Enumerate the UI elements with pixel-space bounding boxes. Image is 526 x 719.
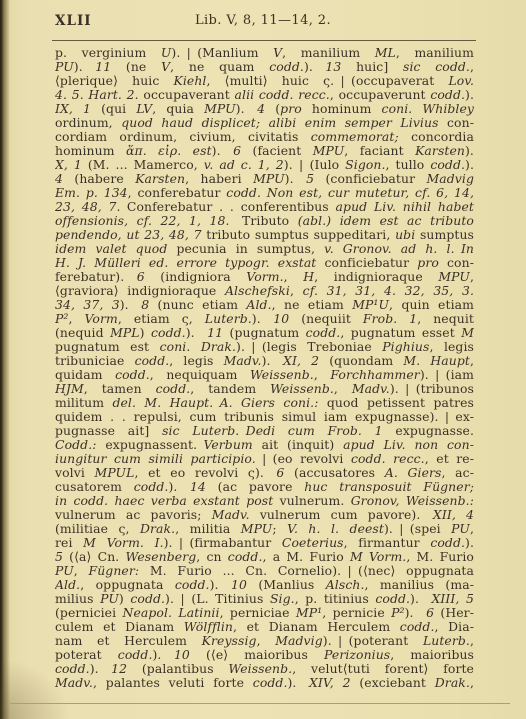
text-segment: huic]: [341, 60, 403, 74]
text-segment: ,: [284, 270, 304, 284]
italic-text-segment: Wesenberg: [126, 550, 197, 564]
text-line: volvi MPUL, et eo revolvi ς). 6 (accusat…: [55, 466, 474, 480]
text-segment: , faciant: [344, 144, 415, 158]
italic-text-segment: 10: [273, 312, 289, 326]
italic-text-segment: MPU: [204, 102, 236, 116]
italic-text-segment: Weissenb.: [250, 368, 314, 382]
text-segment: conficiebatur: [316, 256, 417, 270]
italic-text-segment: codd.: [253, 676, 288, 690]
italic-text-segment: 6: [426, 606, 434, 620]
text-segment: (quondam: [319, 354, 403, 368]
text-segment: con-: [439, 116, 474, 130]
italic-text-segment: MPUL: [95, 466, 135, 480]
text-segment: ).: [465, 536, 474, 550]
text-segment: ).: [186, 326, 207, 340]
text-segment: (exciebant: [351, 676, 435, 690]
text-segment: ).: [465, 144, 474, 158]
text-line: P², Vorm, etiam ς, Luterb.). 10 (nequiit…: [55, 312, 474, 326]
text-segment: ,: [470, 634, 474, 648]
italic-text-segment: Luterb.: [205, 312, 252, 326]
text-segment: expugnasse.: [383, 424, 474, 438]
text-segment: ⟨plerique⟩ huic: [55, 74, 174, 88]
text-line: ferebatur). 6 (indigniora Vorm., H, indi…: [55, 270, 474, 284]
text-line: poterat codd.). 10 (⟨e⟩ maioribus Perizo…: [55, 648, 474, 662]
italic-text-segment: offensionis, cf. 22, 1, 18.: [55, 214, 230, 228]
text-segment: (indigniora: [145, 270, 247, 284]
italic-text-segment: P²: [55, 312, 69, 326]
text-line: idem valet quod pecunia in sumptus, v. G…: [55, 242, 474, 256]
text-segment: ,: [470, 354, 474, 368]
text-segment: , maioribus: [390, 648, 474, 662]
text-segment: ;: [272, 522, 287, 536]
italic-text-segment: 11: [207, 326, 223, 340]
text-line: p. verginium U). | (Manlium V, manilium …: [55, 46, 474, 60]
italic-text-segment: codd.: [269, 60, 304, 74]
italic-text-segment: M: [461, 326, 474, 340]
italic-text-segment: Madv.: [212, 508, 250, 522]
text-line: pugnasse ait] sic Luterb. Dedi cum Frob.…: [55, 424, 474, 438]
italic-text-segment: Vorm: [85, 312, 118, 326]
italic-text-segment: XIV, 2: [309, 676, 351, 690]
text-line: ordinum, quod haud displicet; alibi enim…: [55, 116, 474, 130]
italic-text-segment: Kreyssig: [202, 634, 257, 648]
italic-text-segment: 4: [55, 172, 63, 186]
italic-text-segment: Madv.: [224, 354, 262, 368]
italic-text-segment: 34, 37, 3: [55, 298, 120, 312]
italic-text-segment: codd.: [156, 382, 191, 396]
text-line: quidem . . repulsi, cum tribunis simul i…: [55, 410, 474, 424]
text-segment: ).: [285, 172, 306, 186]
italic-text-segment: Em. p. 134: [55, 186, 128, 200]
text-segment: , ne etiam: [272, 298, 353, 312]
italic-text-segment: 10: [231, 578, 247, 592]
text-segment: , et re-: [425, 452, 474, 466]
text-segment: (: [265, 102, 280, 116]
italic-text-segment: Weissenb.: [270, 382, 334, 396]
italic-text-segment: codd.: [400, 620, 435, 634]
text-line: (militiae ς, Drak., militia MPU; V. h. l…: [55, 522, 474, 536]
text-line: offensionis, cf. 22, 1, 18. Tributo (abl…: [55, 214, 474, 228]
italic-text-segment: codd.: [115, 368, 150, 382]
italic-text-segment: M Vorm.: [350, 550, 406, 564]
text-segment: pugnasse ait]: [55, 424, 162, 438]
text-segment: (M. ... Mamerco,: [82, 158, 204, 172]
italic-text-segment: Vorm.: [246, 270, 283, 284]
text-segment: ,: [314, 368, 331, 382]
italic-text-segment: pro: [417, 256, 439, 270]
italic-text-segment: codd.: [375, 592, 410, 606]
text-line: (perniciei Neapol. Latinii, perniciae MP…: [55, 606, 474, 620]
text-segment: , palantes veluti forte: [93, 676, 253, 690]
italic-text-segment: IX, 1: [55, 102, 91, 116]
italic-text-segment: sic codd.: [403, 60, 470, 74]
text-segment: (perniciei: [55, 606, 123, 620]
italic-text-segment: Sigon.: [345, 158, 385, 172]
text-segment: ). | (iam: [420, 368, 474, 382]
text-segment: ferebatur).: [55, 270, 137, 284]
italic-text-segment: MP¹U: [352, 298, 389, 312]
text-segment: ). | (spei: [384, 522, 451, 536]
text-segment: rei: [55, 536, 83, 550]
header-rule: [52, 40, 476, 41]
text-segment: , tandem: [190, 382, 270, 396]
italic-text-segment: MPU: [438, 270, 470, 284]
text-segment: , firmantur: [344, 536, 431, 550]
italic-text-segment: P²: [391, 606, 405, 620]
text-segment: (Her-: [434, 606, 474, 620]
italic-text-segment: LV: [136, 102, 152, 116]
text-segment: (ac pavore: [206, 480, 304, 494]
text-segment: ,: [74, 564, 89, 578]
text-segment: ). | (L. Titinius: [165, 592, 270, 606]
text-segment: (nequiit: [289, 312, 363, 326]
text-segment: , cn: [196, 550, 228, 564]
italic-text-segment: Madvig: [275, 634, 323, 648]
text-segment: , ac-: [442, 466, 475, 480]
text-segment: ⟨graviora⟩ indignioraque: [55, 284, 225, 298]
text-segment: hominum: [302, 102, 382, 116]
text-segment: hominum: [55, 144, 126, 158]
text-segment: (pugnatum: [223, 326, 305, 340]
text-segment: M. Furio ... Cn. Cornelio). | (⟨nec⟩ opp…: [139, 564, 474, 578]
text-segment: , velut⟨tuti forent⟩ forte: [292, 662, 474, 676]
text-segment: , p. titinius: [295, 592, 376, 606]
italic-text-segment: codd.: [430, 88, 465, 102]
text-line: culem et Dianam Wölfflin, et Dianam Herc…: [55, 620, 474, 634]
italic-text-segment: V. h. l. deest: [287, 522, 384, 536]
text-line: 34, 37, 3). 8 (nunc etiam Ald., ne etiam…: [55, 298, 474, 312]
text-segment: nam et Herculem: [55, 634, 202, 648]
italic-text-segment: codd.: [430, 158, 465, 172]
text-segment: , pugnatum esset: [340, 326, 461, 340]
italic-text-segment: 14: [190, 480, 206, 494]
text-segment: ).: [465, 88, 474, 102]
text-segment: (conficiebatur: [314, 172, 426, 186]
scan-edge-shadow: [0, 0, 10, 719]
text-segment: milius: [55, 592, 100, 606]
italic-text-segment: Pighius: [382, 340, 429, 354]
italic-text-segment: 12: [111, 662, 127, 676]
italic-text-segment: 6: [137, 270, 145, 284]
italic-text-segment: V: [161, 60, 170, 74]
text-segment: , ne quam: [170, 60, 269, 74]
text-segment: , tullo: [386, 158, 431, 172]
italic-text-segment: del. M. Haupt.: [112, 396, 213, 410]
running-header: XLII Lib. V, 8, 11—14, 2.: [0, 13, 526, 31]
text-segment: , quin etiam: [389, 298, 474, 312]
italic-text-segment: PU: [55, 564, 74, 578]
text-segment: pecunia in sumptus,: [167, 242, 324, 256]
italic-text-segment: Luterb.: [423, 634, 470, 648]
text-segment: , legis: [429, 340, 474, 354]
text-segment: ).: [152, 648, 173, 662]
text-line: Ald., oppugnata codd.). 10 (Manlius Alsc…: [55, 578, 474, 592]
text-segment: , occupaverunt: [330, 88, 430, 102]
italic-text-segment: Madvig: [426, 172, 474, 186]
italic-text-segment: codd.: [228, 550, 263, 564]
text-segment: ,: [470, 60, 474, 74]
text-segment: ).: [210, 578, 231, 592]
italic-text-segment: codd.: [430, 536, 465, 550]
italic-text-segment: coni. Drak.: [160, 340, 236, 354]
italic-text-segment: ML: [375, 46, 396, 60]
italic-text-segment: Madv.: [55, 676, 93, 690]
italic-text-segment: (abl.) idem est ac tributo: [298, 214, 474, 228]
text-segment: , Dia-: [434, 620, 474, 634]
text-segment: , quia: [152, 102, 204, 116]
page-body: p. verginium U). | (Manlium V, manilium …: [55, 46, 474, 690]
text-line: PU). 11 (ne V, ne quam codd.). 13 huic] …: [55, 60, 474, 74]
text-segment: (⟨e⟩ maioribus: [190, 648, 324, 662]
text-line: in codd. haec verba exstant post vulneru…: [55, 494, 474, 508]
text-segment: , manilium: [282, 46, 375, 60]
italic-text-segment: idem valet quod: [55, 242, 167, 256]
text-segment: ,: [257, 634, 276, 648]
italic-text-segment: Drak.: [435, 676, 470, 690]
italic-text-segment: commemorat;: [311, 130, 399, 144]
italic-text-segment: 11: [95, 60, 111, 74]
text-segment: ).: [288, 676, 309, 690]
text-segment: ). | (legis Treboniae: [236, 340, 382, 354]
italic-text-segment: Ald.: [246, 298, 271, 312]
text-segment: ).: [120, 298, 141, 312]
text-segment: , manilium: [396, 46, 474, 60]
italic-text-segment: X, 1: [55, 158, 82, 172]
text-segment: tribuniciae: [55, 354, 135, 368]
text-segment: , pernicie: [322, 606, 391, 620]
italic-text-segment: Neapol. Latinii: [123, 606, 220, 620]
text-line: 5 (⟨a⟩ Cn. Wesenberg, cn codd., a M. Fur…: [55, 550, 474, 564]
text-segment: , indignioraque: [314, 270, 438, 284]
text-segment: ): [119, 592, 130, 606]
text-segment: , oppugnata: [80, 578, 175, 592]
text-segment: ).: [304, 60, 325, 74]
text-segment: (militiae ς,: [55, 522, 140, 536]
text-line: pendendo, ut 23, 48, 7 tributo sumptus s…: [55, 228, 474, 242]
text-segment: ).: [262, 354, 283, 368]
text-segment: Tributo: [230, 214, 298, 228]
italic-text-segment: cf. 31, 31, 4. 32, 35, 3.: [303, 284, 474, 298]
text-segment: pugnatum est: [55, 340, 160, 354]
italic-text-segment: In: [461, 242, 474, 256]
text-segment: , legis: [169, 354, 223, 368]
text-segment: , nequit: [417, 312, 474, 326]
text-line: quidam codd., nequiquam Weissenb., Forch…: [55, 368, 474, 382]
italic-text-segment: U: [161, 46, 172, 60]
italic-text-segment: Ald.: [55, 578, 80, 592]
text-segment: p. verginium: [55, 46, 161, 60]
text-line: (nequid MPL) codd.). 11 (pugnatum codd.,…: [55, 326, 474, 340]
text-segment: cordiam ordinum, civium, civitatis: [55, 130, 311, 144]
text-line: rei M Vorm. I.). | (firmabantur Coeteriu…: [55, 536, 474, 550]
italic-text-segment: in codd. haec verba exstant post: [55, 494, 273, 508]
italic-text-segment: coni. Whibley: [382, 102, 474, 116]
italic-text-segment: Frob. 1: [363, 312, 417, 326]
text-segment: (accusatores: [284, 466, 384, 480]
italic-text-segment: Perizonius: [324, 648, 390, 662]
text-segment: , a M. Furio: [262, 550, 350, 564]
text-line: ⟨graviora⟩ indignioraque Alschefski, cf.…: [55, 284, 474, 298]
italic-text-segment: Wölfflin: [184, 620, 233, 634]
italic-text-segment: iungitur cum simili participio.: [55, 452, 256, 466]
italic-text-segment: v. Gronov. ad h. l.: [324, 242, 455, 256]
italic-text-segment: Alsch.: [326, 578, 365, 592]
text-segment: poterat: [55, 648, 118, 662]
text-segment: , haberi: [185, 172, 253, 186]
italic-text-segment: Kiehl: [174, 74, 207, 88]
italic-text-segment: Weissenb.: [228, 662, 292, 676]
italic-text-segment: quod haud displicet; alibi enim semper L…: [121, 116, 438, 130]
italic-text-segment: Verbum: [203, 438, 252, 452]
text-segment: ).: [212, 144, 233, 158]
italic-text-segment: Drak.: [140, 522, 175, 536]
text-segment: (Manlius: [247, 578, 326, 592]
text-line: militum del. M. Haupt. A. Giers coni.: q…: [55, 396, 474, 410]
italic-text-segment: MPL: [110, 326, 140, 340]
text-segment: militum: [55, 396, 112, 410]
italic-text-segment: Coeterius: [282, 536, 344, 550]
running-title: Lib. V, 8, 11—14, 2.: [0, 13, 526, 28]
italic-text-segment: M Vorm. I.: [83, 536, 163, 550]
text-segment: ). | (tribunos: [390, 382, 474, 396]
italic-text-segment: codd.: [306, 326, 341, 340]
text-line: H. J. Mülleri ed. errore typogr. exstat …: [55, 256, 474, 270]
text-line: vulnerum ac pavoris; Madv. vulnerum cum …: [55, 508, 474, 522]
text-segment: volvi: [55, 466, 95, 480]
text-line: Madv., palantes veluti forte codd.). XIV…: [55, 676, 474, 690]
text-segment: culem et Dianam: [55, 620, 184, 634]
text-segment: , et eo revolvi ς).: [134, 466, 276, 480]
italic-text-segment: codd. recc.: [351, 452, 425, 466]
italic-text-segment: Karsten: [135, 172, 185, 186]
italic-text-segment: XIII, 5: [432, 592, 474, 606]
italic-text-segment: 23, 48, 7.: [55, 200, 121, 214]
text-segment: ,: [69, 312, 85, 326]
italic-text-segment: 4. 5. Hart. 2.: [55, 88, 139, 102]
italic-text-segment: pro: [280, 102, 302, 116]
text-segment: ).: [405, 606, 426, 620]
text-segment: vulnerum.: [273, 494, 350, 508]
text-line: iungitur cum simili participio. | (eo re…: [55, 452, 474, 466]
italic-text-segment: codd.: [226, 186, 261, 200]
italic-text-segment: MPU: [241, 522, 273, 536]
text-line: X, 1 (M. ... Mamerco, v. ad c. 1, 2). | …: [55, 158, 474, 172]
text-segment: (nunc etiam: [149, 298, 246, 312]
text-segment: con-: [439, 256, 474, 270]
text-segment: ).: [168, 480, 189, 494]
italic-text-segment: codd.: [151, 326, 186, 340]
text-segment: ,: [470, 676, 474, 690]
text-segment: ,: [290, 284, 303, 298]
text-line: 4. 5. Hart. 2. occupaverant alii codd. r…: [55, 88, 474, 102]
italic-text-segment: PU: [100, 592, 119, 606]
text-segment: (ne: [111, 60, 161, 74]
italic-text-segment: 4: [257, 102, 265, 116]
text-line: 4 (habere Karsten, haberi MPU). 5 (confi…: [55, 172, 474, 186]
italic-text-segment: 5: [306, 172, 314, 186]
text-segment: occupaverant: [139, 88, 235, 102]
text-line: tribuniciae codd., legis Madv.). XI, 2 (…: [55, 354, 474, 368]
text-segment: ).: [90, 662, 111, 676]
text-segment: concordia: [399, 130, 474, 144]
text-segment: ). | (poterant: [323, 634, 423, 648]
text-line: milius PU) codd.). | (L. Titinius Sig., …: [55, 592, 474, 606]
text-segment: ).: [252, 312, 273, 326]
text-segment: , militia: [175, 522, 241, 536]
text-line: ⟨plerique⟩ huic Kiehl, ⟨multi⟩ huic ς. |…: [55, 74, 474, 88]
text-segment: (facient: [241, 144, 313, 158]
italic-text-segment: codd.: [135, 354, 170, 368]
text-segment: Conferebatur . . conferentibus: [121, 200, 336, 214]
italic-text-segment: H. J. Mülleri ed. errore typogr. exstat: [55, 256, 316, 270]
text-segment: quidem . . repulsi, cum tribunis simul i…: [55, 410, 474, 424]
text-segment: ).: [236, 102, 257, 116]
italic-text-segment: codd.: [134, 480, 169, 494]
italic-text-segment: apud Liv. non con-: [343, 438, 474, 452]
italic-text-segment: HJM: [55, 382, 84, 396]
italic-text-segment: sic Luterb.: [162, 424, 239, 438]
text-segment: , manilius (ma-: [364, 578, 474, 592]
text-segment: ).: [465, 158, 474, 172]
italic-text-segment: Sig.: [270, 592, 295, 606]
text-segment: , nequiquam: [150, 368, 250, 382]
italic-text-segment: alii codd. recc.: [235, 88, 330, 102]
italic-text-segment: 13: [325, 60, 341, 74]
text-segment: , M. Furio: [406, 550, 474, 564]
text-segment: | (eo revolvi: [256, 452, 351, 466]
text-segment: tributo sumptus suppeditari,: [202, 228, 396, 242]
italic-text-segment: V: [273, 46, 282, 60]
text-segment: ).: [410, 592, 431, 606]
text-line: hominum ἅπ. εἰρ. est). 6 (facient MPU, f…: [55, 144, 474, 158]
text-segment: quidam: [55, 368, 115, 382]
italic-text-segment: 6: [233, 144, 241, 158]
text-line: cusatorem codd.). 14 (ac pavore huc tran…: [55, 480, 474, 494]
italic-text-segment: A. Giers coni.:: [220, 396, 319, 410]
italic-text-segment: Fügner:: [89, 564, 140, 578]
italic-text-segment: M. Haupt: [403, 354, 470, 368]
italic-text-segment: Gronov, Weissenb.:: [351, 494, 474, 508]
italic-text-segment: ubi: [395, 228, 415, 242]
text-segment: , et Dianam Herculem: [233, 620, 400, 634]
italic-text-segment: XI, 2: [283, 354, 319, 368]
text-line: IX, 1 (qui LV, quia MPU). 4 (pro hominum…: [55, 102, 474, 116]
italic-text-segment: PU: [451, 522, 470, 536]
text-segment: ordinum,: [55, 116, 121, 130]
text-line: cordiam ordinum, civium, civitatis comme…: [55, 130, 474, 144]
italic-text-segment: MPU: [313, 144, 345, 158]
text-segment: ,: [334, 382, 352, 396]
text-segment: (nequid: [55, 326, 110, 340]
text-segment: , ⟨multi⟩ huic ς. | (occupaverat: [207, 74, 449, 88]
text-line: HJM, tamen codd., tandem Weissenb., Madv…: [55, 382, 474, 396]
text-segment: (palantibus: [127, 662, 228, 676]
text-line: nam et Herculem Kreyssig, Madvig). | (po…: [55, 634, 474, 648]
italic-text-segment: Forchhammer: [330, 368, 419, 382]
text-segment: sumptus: [415, 228, 474, 242]
italic-text-segment: XII, 4: [433, 508, 474, 522]
text-segment: , perniciae: [220, 606, 296, 620]
italic-text-segment: H: [303, 270, 314, 284]
italic-text-segment: Codd.:: [55, 438, 97, 452]
text-segment: quod petissent patres: [318, 396, 474, 410]
text-segment: cusatorem: [55, 480, 134, 494]
text-segment: ). | (firmabantur: [164, 536, 282, 550]
text-segment: (qui: [91, 102, 136, 116]
text-segment: ,: [470, 270, 474, 284]
italic-text-segment: Lov.: [448, 74, 474, 88]
text-segment: vulnerum cum pavore).: [250, 508, 433, 522]
